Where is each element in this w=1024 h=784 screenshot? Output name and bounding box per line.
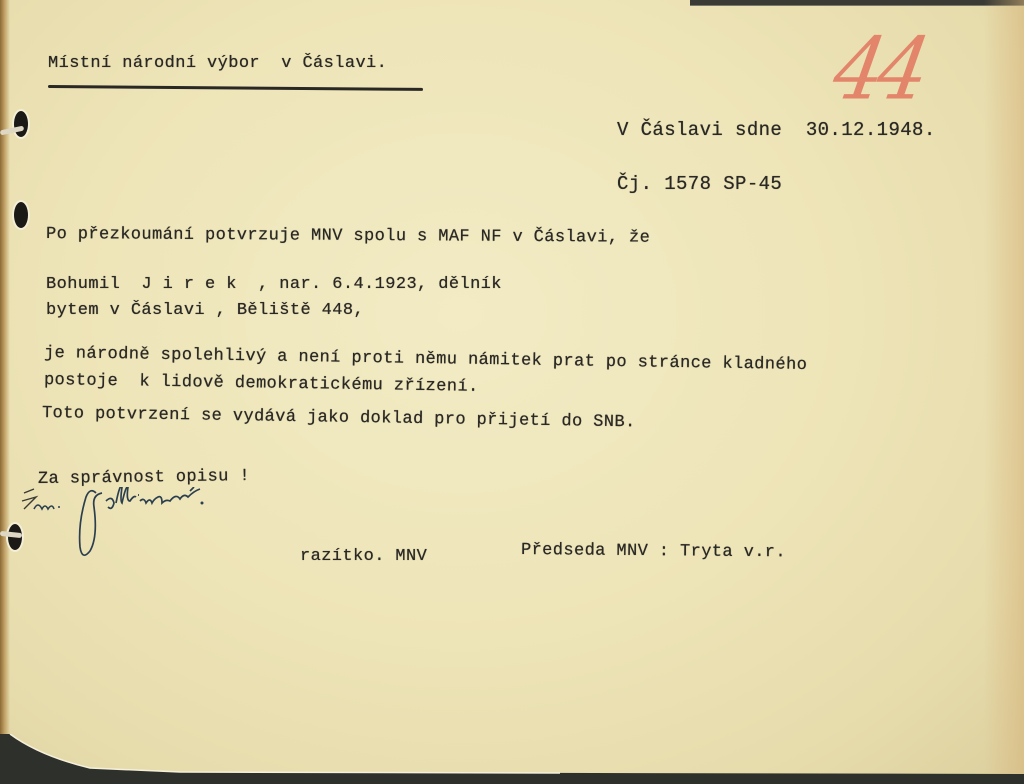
body-line: je národně spolehlivý a není proti němu … [44,345,808,374]
document-page: Místní národní výbor v Čáslavi. 44 V Čás… [0,0,1024,784]
header-underline [48,85,423,91]
body-line: bytem v Čáslavi , Běliště 448, [46,302,364,319]
issuing-authority-header: Místní národní výbor v Čáslavi. [48,55,387,72]
reference-number: Čj. 1578 SP-45 [617,175,782,194]
certification-note: Za správnost opisu ! [38,468,250,488]
body-line: Po přezkoumání potvrzuje MNV spolu s MAF… [46,226,650,247]
page-shadow [984,0,1024,784]
page-binding-edge [0,0,10,784]
punch-hole-icon [14,111,28,137]
handwritten-signature-icon [20,487,280,567]
stamp-note: razítko. MNV [300,548,427,565]
background-edge [690,0,1024,6]
body-line: Toto potvrzení se vydává jako doklad pro… [42,405,636,431]
folio-number: 44 [826,20,931,119]
punch-hole-icon [14,202,28,228]
body-line: postoje k lidově demokratickému zřízení. [44,372,479,396]
body-line: Bohumil J i r e k , nar. 6.4.1923, dělní… [46,276,502,293]
chairman-signature-line: Předseda MNV : Tryta v.r. [521,542,786,561]
background-surface [0,734,1024,784]
place-and-date: V Čáslavi sdne 30.12.1948. [617,121,936,140]
